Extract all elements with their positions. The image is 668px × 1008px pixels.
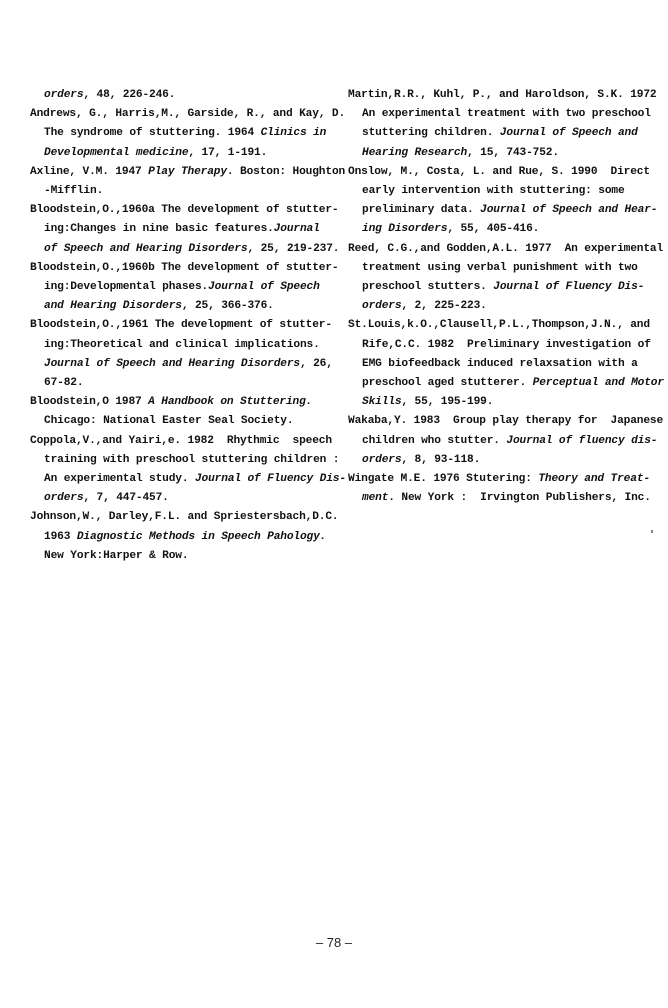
italic-title: A Handbook on Stuttering. <box>148 396 312 408</box>
text-segment: , 25, 219-237. <box>247 243 339 255</box>
reference-entry: Wingate M.E. 1976 Stutering: Theory and … <box>348 470 658 508</box>
reference-line: Hearing Research, 15, 743-752. <box>362 144 658 163</box>
reference-entry: Bloodstein,O.,1961 The development of st… <box>30 316 340 393</box>
reference-line: Onslow, M., Costa, L. and Rue, S. 1990 D… <box>348 163 658 182</box>
text-segment: ing:Theoretical and clinical implication… <box>44 339 320 351</box>
text-segment: -Mifflin. <box>44 185 103 197</box>
reference-line: training with preschool stuttering child… <box>44 451 340 470</box>
reference-line: orders, 8, 93-118. <box>362 451 658 470</box>
text-segment: Bloodstein,O 1987 <box>30 396 148 408</box>
italic-title: Theory and Treat- <box>538 473 650 485</box>
text-segment: Bloodstein,O.,1960a The development of s… <box>30 204 339 216</box>
italic-title: Journal of Speech and Hear- <box>480 204 657 216</box>
italic-title: orders <box>44 492 83 504</box>
text-segment: , 26, <box>300 358 333 370</box>
reference-line: New York:Harper & Row. <box>44 547 340 566</box>
text-segment: preschool aged stutterer. <box>362 377 533 389</box>
scan-speck <box>651 530 653 533</box>
reference-line: ment. New York : Irvington Publishers, I… <box>362 489 658 508</box>
text-segment: Wakaba,Y. 1983 Group play therapy for Ja… <box>348 415 663 427</box>
text-segment: Wingate M.E. 1976 Stutering: <box>348 473 538 485</box>
text-segment: training with preschool stuttering child… <box>44 454 339 466</box>
reference-entry: Andrews, G., Harris,M., Garside, R., and… <box>30 105 340 163</box>
italic-title: Journal of Speech and <box>500 127 638 139</box>
text-segment: 1963 <box>44 531 77 543</box>
reference-entry: Axline, V.M. 1947 Play Therapy. Boston: … <box>30 163 340 201</box>
reference-line: Bloodstein,O.,1960a The development of s… <box>30 201 340 220</box>
text-segment: , 55, 195-199. <box>401 396 493 408</box>
reference-line: preschool aged stutterer. Perceptual and… <box>362 374 658 393</box>
italic-title: Journal of Fluency Dis- <box>195 473 346 485</box>
reference-line: Journal of Speech and Hearing Disorders,… <box>44 355 340 374</box>
reference-line: Wingate M.E. 1976 Stutering: Theory and … <box>348 470 658 489</box>
text-segment: New York:Harper & Row. <box>44 550 188 562</box>
reference-line: Rife,C.C. 1982 Preliminary investigation… <box>362 336 658 355</box>
reference-entry: Onslow, M., Costa, L. and Rue, S. 1990 D… <box>348 163 658 240</box>
reference-line: ing:Developmental phases.Journal of Spee… <box>44 278 340 297</box>
reference-entry: orders, 48, 226-246. <box>30 86 340 105</box>
reference-line: Chicago: National Easter Seal Society. <box>44 412 340 431</box>
text-segment: St.Louis,k.O.,Clausell,P.L.,Thompson,J.N… <box>348 319 650 331</box>
reference-line: preliminary data. Journal of Speech and … <box>362 201 658 220</box>
italic-title: and Hearing Disorders <box>44 300 182 312</box>
italic-title: Clinics in <box>261 127 327 139</box>
text-segment: An experimental treatment with two presc… <box>362 108 651 120</box>
text-segment: Martin,R.R., Kuhl, P., and Haroldson, S.… <box>348 89 657 101</box>
italic-title: Journal of Fluency Dis- <box>493 281 644 293</box>
italic-title: Journal of fluency dis- <box>506 435 657 447</box>
page-number: – 78 – <box>0 935 668 950</box>
text-segment: Onslow, M., Costa, L. and Rue, S. 1990 D… <box>348 166 650 178</box>
italic-title: Perceptual and Motor <box>533 377 664 389</box>
text-segment: Axline, V.M. 1947 <box>30 166 148 178</box>
text-segment: , 48, 226-246. <box>83 89 175 101</box>
text-segment: The syndrome of stuttering. 1964 <box>44 127 261 139</box>
text-segment: stuttering children. <box>362 127 500 139</box>
reference-line: ing:Theoretical and clinical implication… <box>44 336 340 355</box>
reference-line: Coppola,V.,and Yairi,e. 1982 Rhythmic sp… <box>30 432 340 451</box>
reference-entry: Bloodstein,O 1987 A Handbook on Stutteri… <box>30 393 340 431</box>
reference-line: Martin,R.R., Kuhl, P., and Haroldson, S.… <box>348 86 658 105</box>
text-segment: Bloodstein,O.,1960b The development of s… <box>30 262 339 274</box>
reference-line: An experimental treatment with two presc… <box>362 105 658 124</box>
reference-entry: Reed, C.G.,and Godden,A.L. 1977 An exper… <box>348 240 658 317</box>
text-segment: , 7, 447-457. <box>83 492 168 504</box>
text-segment: . New York : Irvington Publishers, Inc. <box>388 492 651 504</box>
text-segment: , 55, 405-416. <box>447 223 539 235</box>
reference-line: EMG biofeedback induced relaxsation with… <box>362 355 658 374</box>
references-left-column: orders, 48, 226-246.Andrews, G., Harris,… <box>30 86 340 566</box>
text-segment: , 17, 1-191. <box>188 147 267 159</box>
reference-entry: Wakaba,Y. 1983 Group play therapy for Ja… <box>348 412 658 470</box>
italic-title: Play Therapy <box>148 166 227 178</box>
text-segment: preschool stutters. <box>362 281 493 293</box>
reference-line: orders, 2, 225-223. <box>362 297 658 316</box>
reference-entry: Coppola,V.,and Yairi,e. 1982 Rhythmic sp… <box>30 432 340 509</box>
italic-title: Journal of Speech <box>208 281 320 293</box>
italic-title: orders <box>362 454 401 466</box>
italic-title: ment <box>362 492 388 504</box>
text-segment: early intervention with stuttering: some <box>362 185 625 197</box>
text-segment: , 15, 743-752. <box>467 147 559 159</box>
italic-title: Journal <box>274 223 320 235</box>
text-segment: EMG biofeedback induced relaxsation with… <box>362 358 638 370</box>
text-segment: preliminary data. <box>362 204 480 216</box>
italic-title: ing Disorders <box>362 223 447 235</box>
text-segment: 67-82. <box>44 377 83 389</box>
references-right-column: Martin,R.R., Kuhl, P., and Haroldson, S.… <box>348 86 658 508</box>
text-segment: Andrews, G., Harris,M., Garside, R., and… <box>30 108 345 120</box>
text-segment: . Boston: Houghton <box>227 166 345 178</box>
text-segment: Bloodstein,O.,1961 The development of st… <box>30 319 332 331</box>
reference-line: An experimental study. Journal of Fluenc… <box>44 470 340 489</box>
reference-line: Bloodstein,O.,1961 The development of st… <box>30 316 340 335</box>
reference-line: Bloodstein,O.,1960b The development of s… <box>30 259 340 278</box>
italic-title: Journal of Speech and Hearing Disorders <box>44 358 300 370</box>
reference-line: Johnson,W., Darley,F.L. and Spriestersba… <box>30 508 340 527</box>
reference-line: orders, 48, 226-246. <box>44 86 340 105</box>
reference-entry: Martin,R.R., Kuhl, P., and Haroldson, S.… <box>348 86 658 163</box>
text-segment: ing:Changes in nine basic features. <box>44 223 274 235</box>
reference-line: 1963 Diagnostic Methods in Speech Paholo… <box>44 528 340 547</box>
text-segment: treatment using verbal punishment with t… <box>362 262 638 274</box>
reference-line: Axline, V.M. 1947 Play Therapy. Boston: … <box>30 163 340 182</box>
reference-entry: St.Louis,k.O.,Clausell,P.L.,Thompson,J.N… <box>348 316 658 412</box>
reference-line: Wakaba,Y. 1983 Group play therapy for Ja… <box>348 412 658 431</box>
italic-title: orders <box>362 300 401 312</box>
reference-line: Reed, C.G.,and Godden,A.L. 1977 An exper… <box>348 240 658 259</box>
reference-line: and Hearing Disorders, 25, 366-376. <box>44 297 340 316</box>
reference-entry: Bloodstein,O.,1960a The development of s… <box>30 201 340 259</box>
reference-line: ing Disorders, 55, 405-416. <box>362 220 658 239</box>
italic-title: Skills <box>362 396 401 408</box>
reference-line: early intervention with stuttering: some <box>362 182 658 201</box>
reference-line: The syndrome of stuttering. 1964 Clinics… <box>44 124 340 143</box>
text-segment: Johnson,W., Darley,F.L. and Spriestersba… <box>30 511 339 523</box>
reference-line: ing:Changes in nine basic features.Journ… <box>44 220 340 239</box>
reference-line: Bloodstein,O 1987 A Handbook on Stutteri… <box>30 393 340 412</box>
reference-line: Andrews, G., Harris,M., Garside, R., and… <box>30 105 340 124</box>
text-segment: , 2, 225-223. <box>401 300 486 312</box>
reference-line: of Speech and Hearing Disorders, 25, 219… <box>44 240 340 259</box>
text-segment: Reed, C.G.,and Godden,A.L. 1977 An exper… <box>348 243 663 255</box>
italic-title: Hearing Research <box>362 147 467 159</box>
text-segment: ing:Developmental phases. <box>44 281 208 293</box>
italic-title: Developmental medicine <box>44 147 188 159</box>
reference-line: treatment using verbal punishment with t… <box>362 259 658 278</box>
text-segment: children who stutter. <box>362 435 506 447</box>
text-segment: An experimental study. <box>44 473 195 485</box>
reference-line: preschool stutters. Journal of Fluency D… <box>362 278 658 297</box>
reference-line: orders, 7, 447-457. <box>44 489 340 508</box>
reference-line: 67-82. <box>44 374 340 393</box>
reference-line: children who stutter. Journal of fluency… <box>362 432 658 451</box>
text-segment: , 8, 93-118. <box>401 454 480 466</box>
italic-title: Diagnostic Methods in Speech Pahology. <box>77 531 326 543</box>
reference-line: St.Louis,k.O.,Clausell,P.L.,Thompson,J.N… <box>348 316 658 335</box>
reference-entry: Bloodstein,O.,1960b The development of s… <box>30 259 340 317</box>
text-segment: Rife,C.C. 1982 Preliminary investigation… <box>362 339 651 351</box>
reference-entry: Johnson,W., Darley,F.L. and Spriestersba… <box>30 508 340 566</box>
italic-title: orders <box>44 89 83 101</box>
text-segment: Chicago: National Easter Seal Society. <box>44 415 293 427</box>
italic-title: of Speech and Hearing Disorders <box>44 243 247 255</box>
reference-line: -Mifflin. <box>44 182 340 201</box>
reference-line: Developmental medicine, 17, 1-191. <box>44 144 340 163</box>
text-segment: Coppola,V.,and Yairi,e. 1982 Rhythmic sp… <box>30 435 332 447</box>
text-segment: , 25, 366-376. <box>182 300 274 312</box>
reference-line: stuttering children. Journal of Speech a… <box>362 124 658 143</box>
reference-line: Skills, 55, 195-199. <box>362 393 658 412</box>
